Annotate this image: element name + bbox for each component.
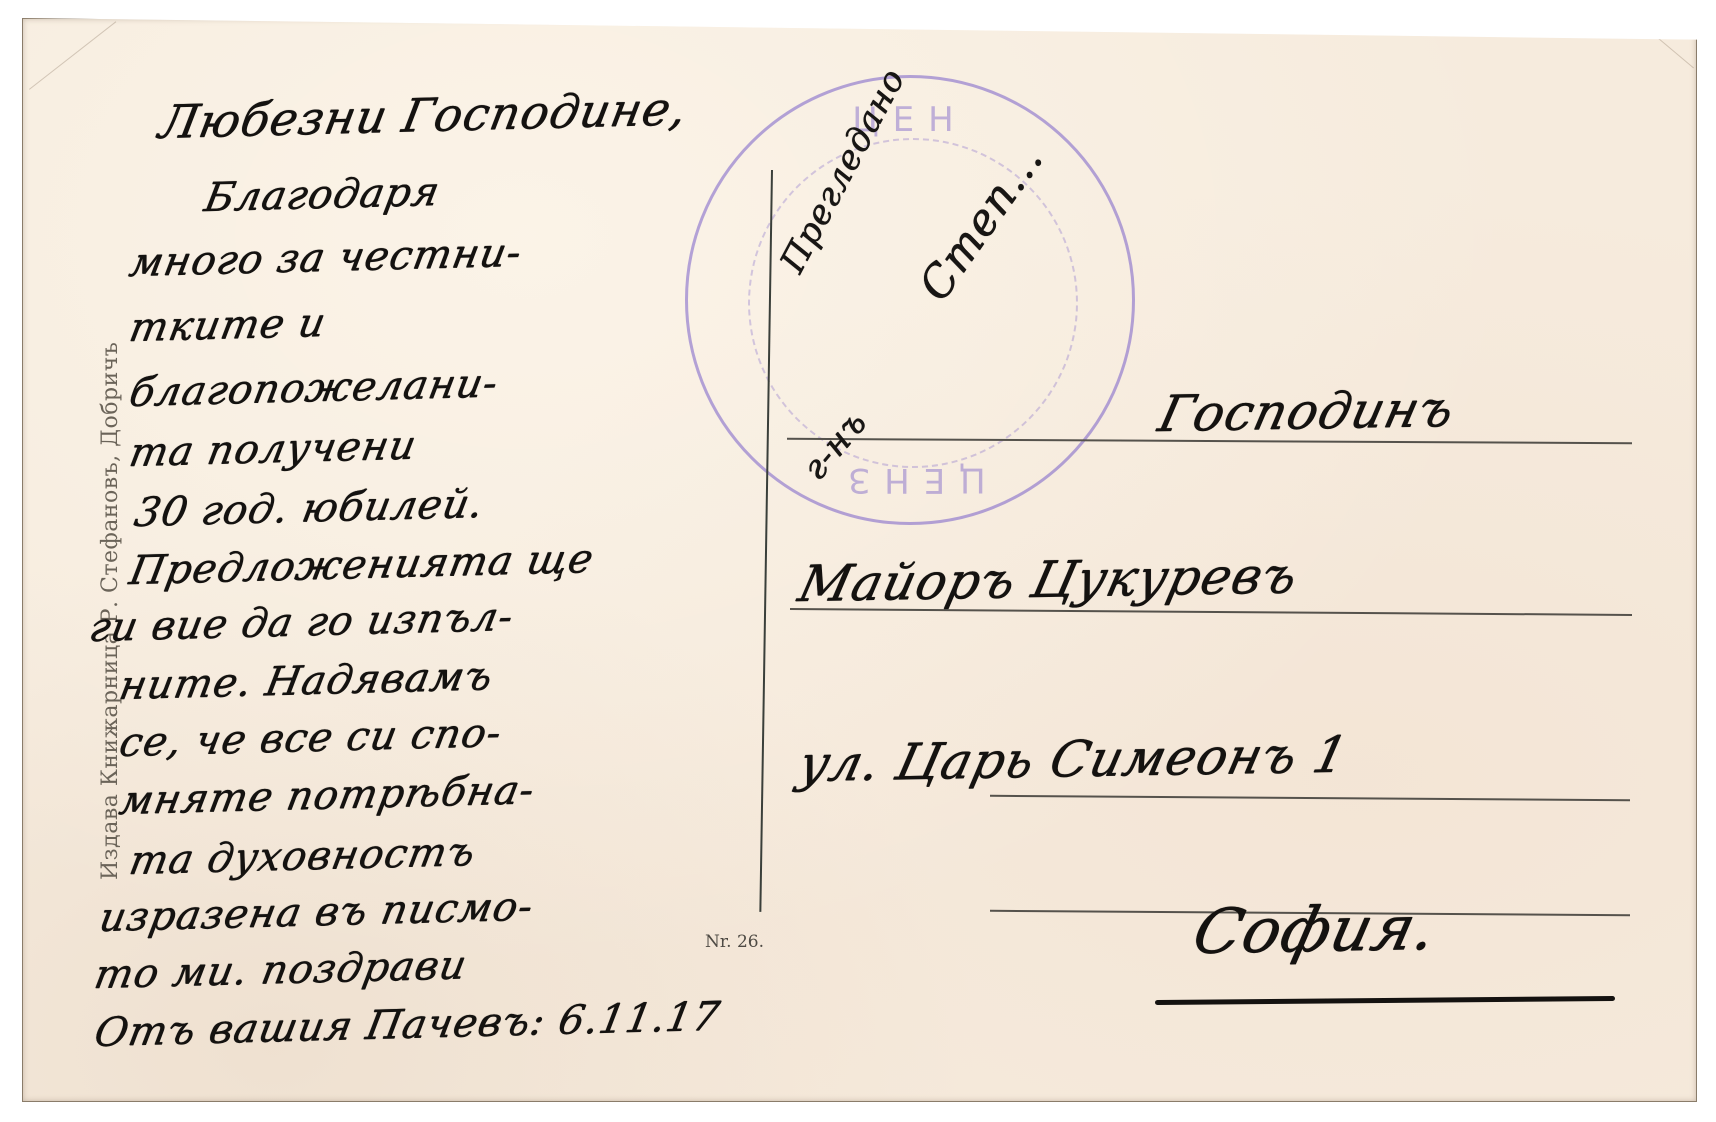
- card-number: Nr. 26.: [705, 932, 764, 952]
- message-line: та духовностъ: [126, 829, 480, 884]
- message-line: та получени: [126, 423, 421, 476]
- stamp-text-bottom: ЦЕНЗ: [688, 460, 1132, 500]
- message-line: 30 год. юбилей.: [131, 481, 488, 536]
- stamp-text-top: ЦЕН: [688, 100, 1132, 140]
- address-street: ул. Царь Симеонъ 1: [793, 725, 1353, 792]
- corner-crease-top-right: [1647, 29, 1694, 68]
- address-city: София.: [1187, 891, 1445, 968]
- corner-crease-top-left: [29, 21, 116, 90]
- address-salutation: Господинъ: [1153, 380, 1460, 443]
- address-recipient: Майоръ Цукуревъ: [793, 546, 1304, 613]
- message-line: тките и: [126, 300, 330, 351]
- censor-postmark-stamp: ЦЕН ЦЕНЗ: [685, 75, 1135, 525]
- message-line: благопожелани-: [126, 360, 502, 416]
- message-line: Благодаря: [201, 169, 444, 221]
